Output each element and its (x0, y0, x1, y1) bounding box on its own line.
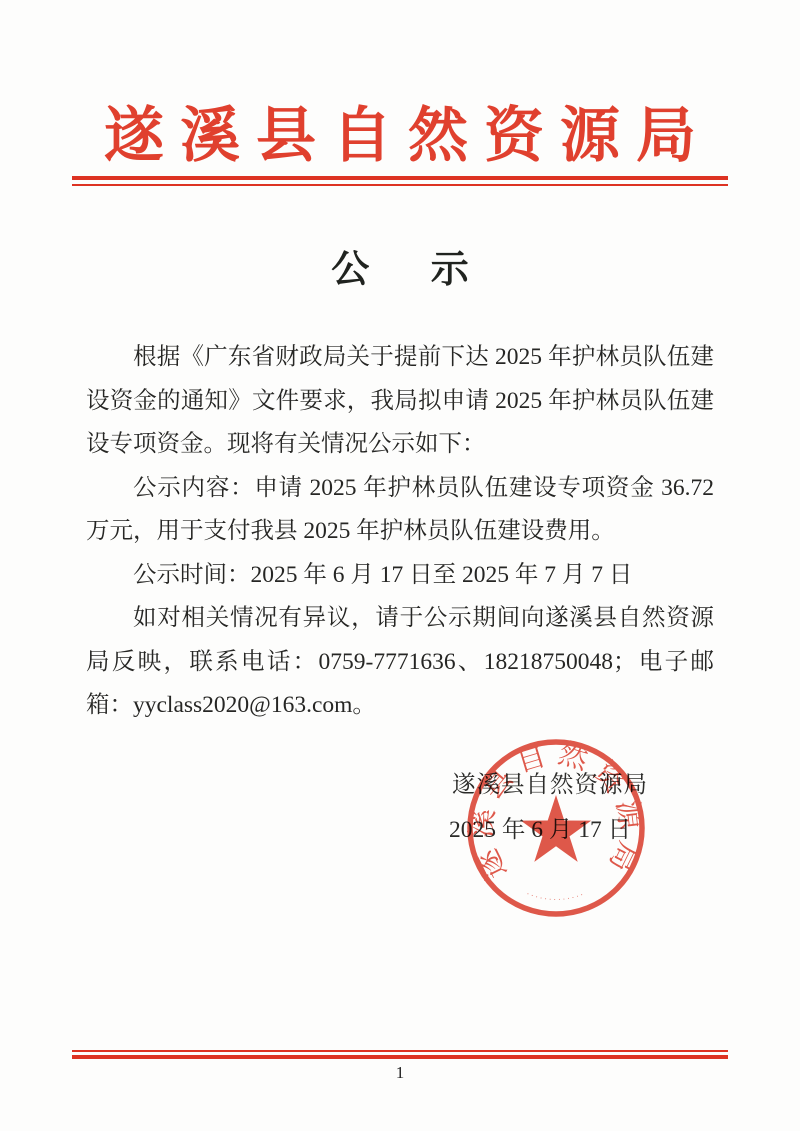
document-title: 公 示 (0, 238, 800, 293)
letterhead-rule-thin (72, 184, 728, 186)
letterhead-rule-thick (72, 176, 728, 180)
paragraph-content: 公示内容：申请 2025 年护林员队伍建设专项资金 36.72 万元，用于支付我… (86, 467, 714, 554)
footer-rule-thin (72, 1050, 728, 1052)
seal-code-text-container: ············· (525, 890, 587, 904)
paragraph-contact: 如对相关情况有异议，请于公示期间向遂溪县自然资源局反映，联系电话：0759-77… (86, 597, 714, 728)
document-page: 遂溪县自然资源局 公 示 根据《广东省财政局关于提前下达 2025 年护林员队伍… (0, 0, 800, 1131)
seal-star-icon (521, 795, 591, 862)
official-seal: 遂溪县自然资源局 ············· (464, 736, 648, 920)
paragraph-period: 公示时间：2025 年 6 月 17 日至 2025 年 7 月 7 日 (86, 554, 714, 598)
paragraph-basis: 根据《广东省财政局关于提前下达 2025 年护林员队伍建设资金的通知》文件要求，… (86, 336, 714, 467)
letterhead-title: 遂溪县自然资源局 (0, 88, 800, 174)
seal-code-text: ············· (525, 890, 587, 904)
footer-rule-thick (72, 1055, 728, 1059)
document-body: 根据《广东省财政局关于提前下达 2025 年护林员队伍建设资金的通知》文件要求，… (86, 336, 714, 728)
page-number: 1 (0, 1063, 800, 1083)
